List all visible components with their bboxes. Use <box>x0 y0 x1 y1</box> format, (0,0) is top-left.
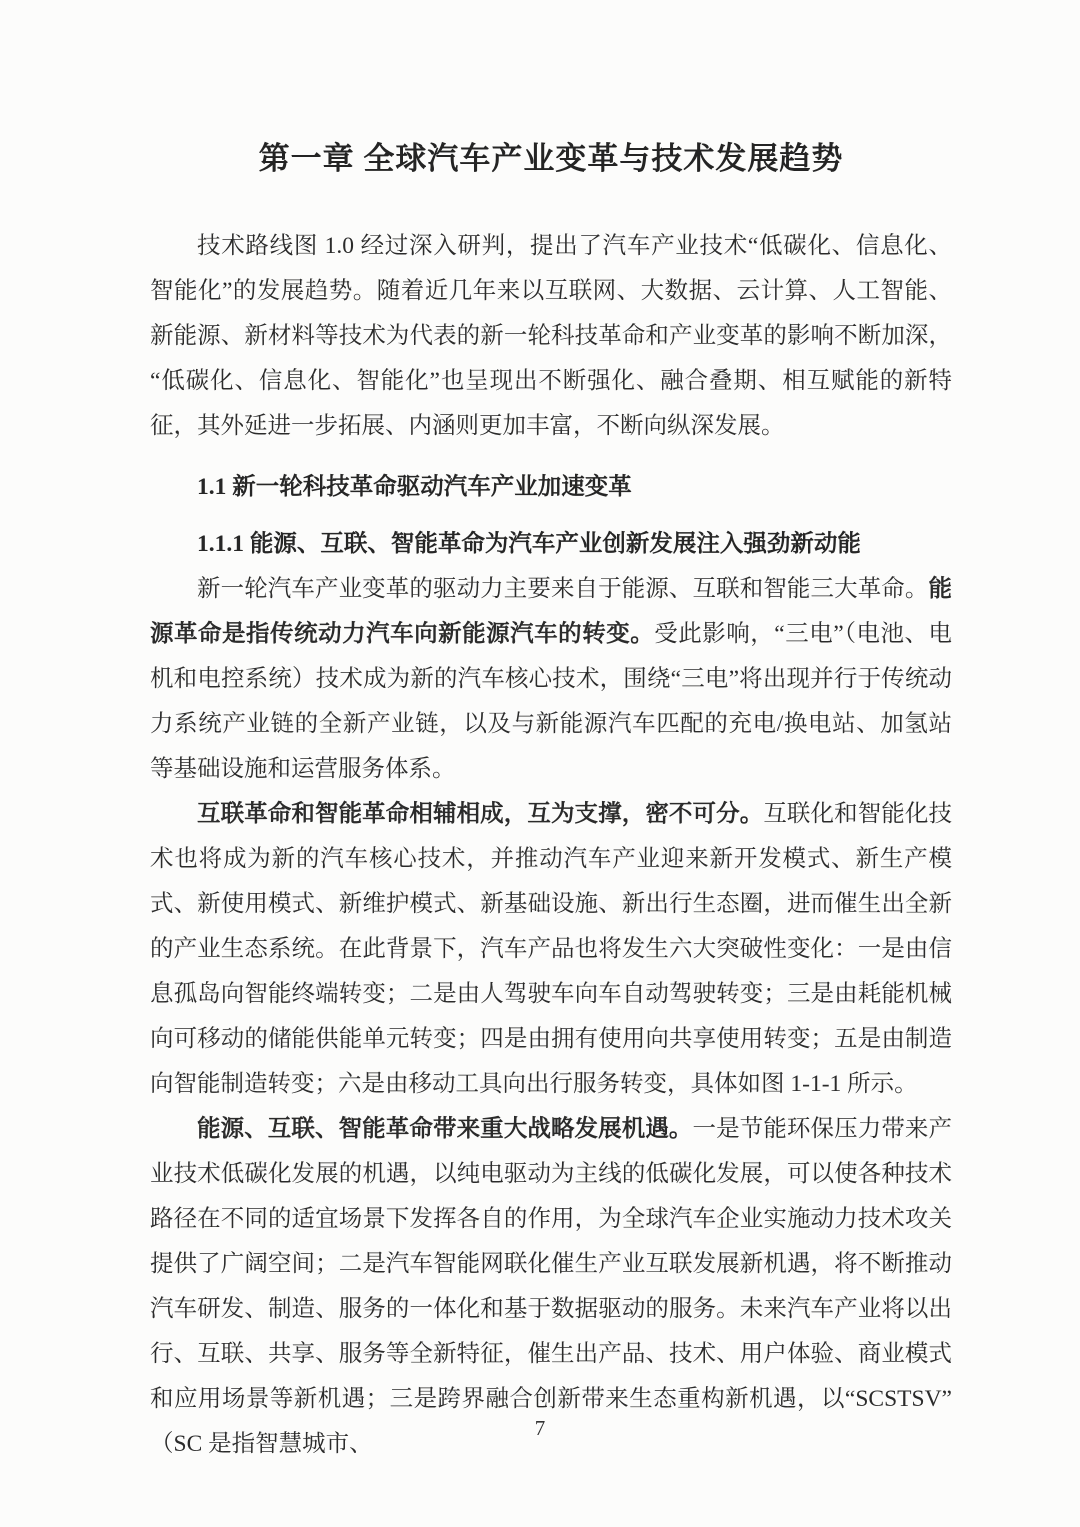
paragraph-run-bold: 互联革命和智能革命相辅相成，互为支撑，密不可分。 <box>197 801 763 827</box>
paragraph-connectivity-intelligence: 互联革命和智能革命相辅相成，互为支撑，密不可分。互联化和智能化技术也将成为新的汽… <box>150 792 952 1107</box>
paragraph-energy-revolution: 新一轮汽车产业变革的驱动力主要来自于能源、互联和智能三大革命。能源革命是指传统动… <box>150 567 952 792</box>
subsection-heading: 1.1.1 能源、互联、智能革命为汽车产业创新发展注入强劲新动能 <box>150 522 952 567</box>
paragraph-strategic-opportunities: 能源、互联、智能革命带来重大战略发展机遇。一是节能环保压力带来产业技术低碳化发展… <box>150 1107 952 1467</box>
paragraph-run: 新一轮汽车产业变革的驱动力主要来自于能源、互联和智能三大革命。 <box>197 576 929 602</box>
paragraph-run: 互联化和智能化技术也将成为新的汽车核心技术，并推动汽车产业迎来新开发模式、新生产… <box>150 801 952 1097</box>
section-heading: 1.1 新一轮科技革命驱动汽车产业加速变革 <box>150 465 952 510</box>
document-page: 第一章 全球汽车产业变革与技术发展趋势 技术路线图 1.0 经过深入研判，提出了… <box>0 0 1080 1527</box>
paragraph-run: 技术路线图 1.0 经过深入研判，提出了汽车产业技术“低碳化、信息化、智能化”的… <box>150 233 952 439</box>
paragraph-run-bold: 能源、互联、智能革命带来重大战略发展机遇。 <box>197 1116 693 1142</box>
text-column: 第一章 全球汽车产业变革与技术发展趋势 技术路线图 1.0 经过深入研判，提出了… <box>150 0 952 1467</box>
chapter-title: 第一章 全球汽车产业变革与技术发展趋势 <box>150 138 952 180</box>
paragraph-intro: 技术路线图 1.0 经过深入研判，提出了汽车产业技术“低碳化、信息化、智能化”的… <box>150 224 952 449</box>
page-number: 7 <box>0 1416 1080 1441</box>
paragraph-run: 一是节能环保压力带来产业技术低碳化发展的机遇，以纯电驱动为主线的低碳化发展，可以… <box>150 1116 952 1457</box>
